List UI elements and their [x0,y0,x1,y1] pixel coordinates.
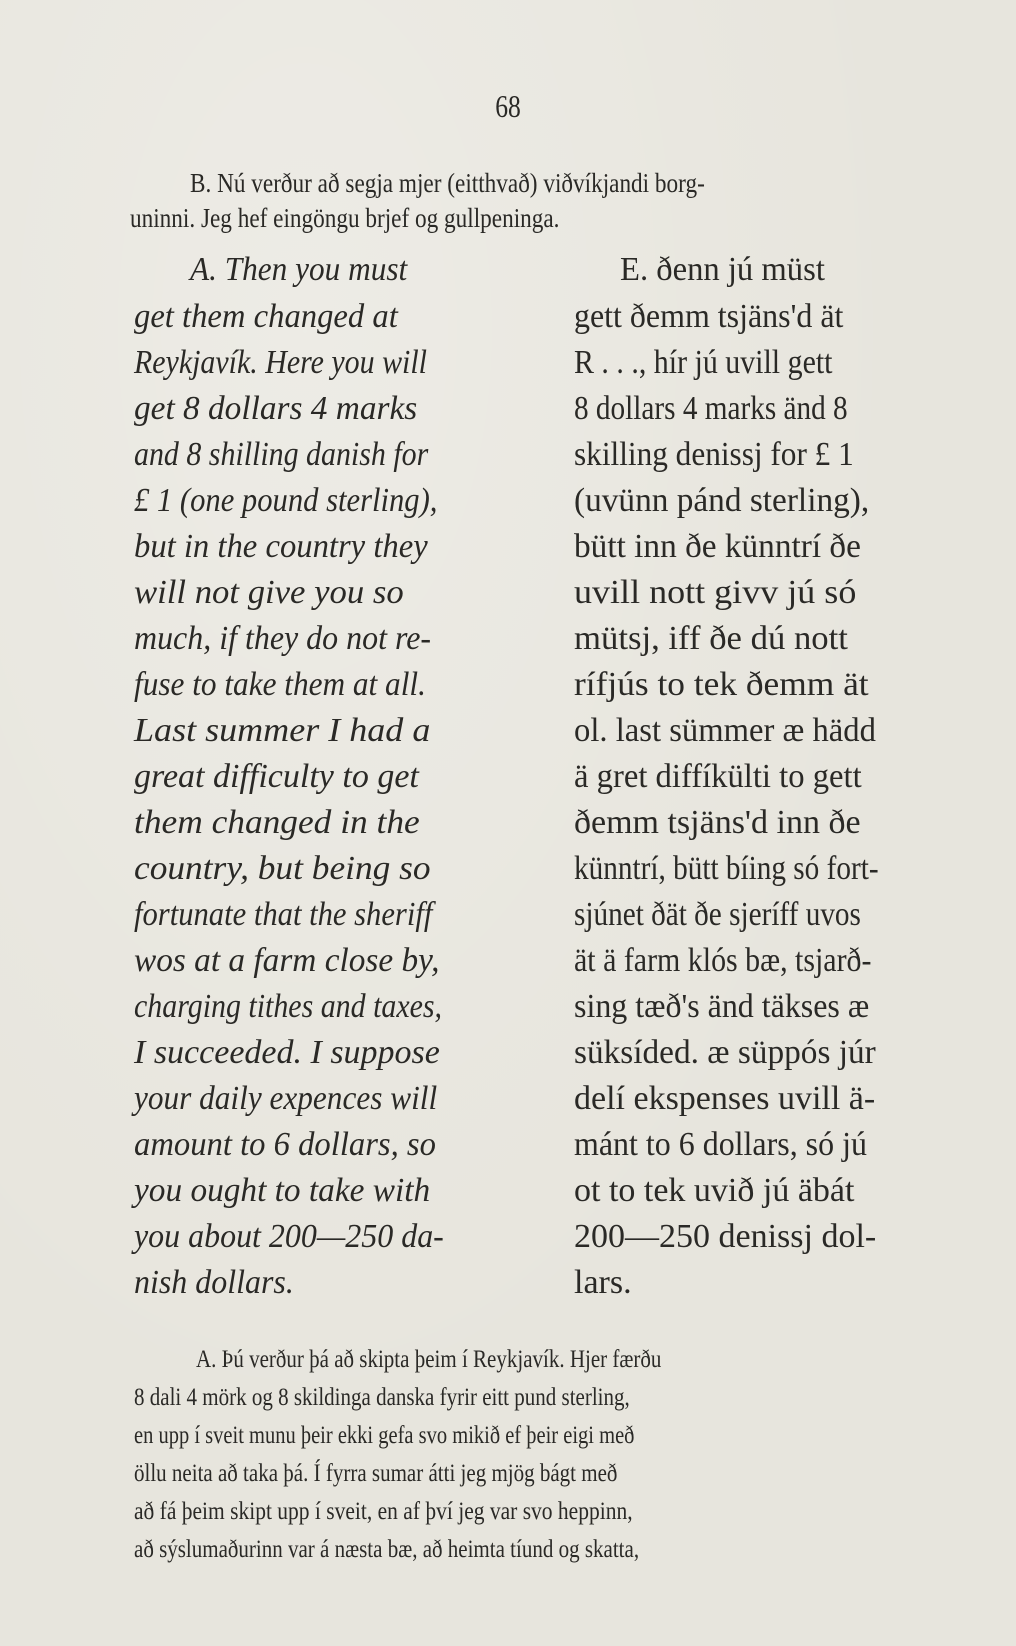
text-line: süksíded. æ süppós júr [574,1036,876,1070]
text-line: get 8 dollars 4 marks [134,392,417,426]
text-line: you ought to take with [134,1174,430,1208]
text-line: and 8 shilling danish for [134,438,428,472]
text-line: bütt inn ðe künntrí ðe [574,530,861,564]
text-line: mütsj, iff ðe dú nott [574,622,848,656]
text-line: uvill nott givv jú só [574,576,856,610]
text-line: nish dollars. [134,1266,294,1300]
text-line: rífjús to tek ðemm ät [574,668,869,702]
text-line: ol. last sümmer æ hädd [574,714,876,748]
text-line: £ 1 (one pound sterling), [134,484,437,518]
text-line: your daily expences will [134,1082,437,1116]
text-line: A. Þú verður þá að skipta þeim í Reykjav… [196,1347,661,1372]
text-line: great difficulty to get [134,760,419,794]
text-line: að fá þeim skipt upp í sveit, en af því … [134,1499,633,1524]
text-line: 8 dali 4 mörk og 8 skildinga danska fyri… [134,1385,630,1410]
text-line: R . . ., hír jú uvill gett [574,346,832,380]
text-line: öllu neita að taka þá. Í fyrra sumar átt… [134,1461,617,1486]
text-line: wos at a farm close by, [134,944,439,978]
text-line: E. ðenn jú müst [620,253,825,287]
text-line: get them changed at [134,300,398,334]
text-line: amount to 6 dollars, so [134,1128,436,1162]
text-line: fuse to take them at all. [134,668,426,702]
text-line: but in the country they [134,530,428,564]
text-line: ot to tek uvið jú äbát [574,1174,854,1208]
text-line: A. Then you must [190,253,407,287]
text-line: I succeeded. I suppose [134,1036,440,1070]
text-line: 200—250 denissj dol- [574,1220,876,1254]
text-line: ät ä farm klós bæ, tsjarð- [574,944,871,978]
text-line: you about 200—250 da- [134,1220,444,1254]
page-number: 68 [102,88,915,125]
text-line: sjúnet ðät ðe sjeríff uvos [574,898,861,932]
text-line: delí ekspenses uvill ä- [574,1082,875,1116]
text-line: Last summer I had a [134,714,430,748]
book-page: 68 B. Nú verður að segja mjer (eitthvað)… [0,0,1016,1646]
text-line: fortunate that the sheriff [134,898,432,932]
text-line: Reykjavík. Here you will [134,346,427,380]
text-line: country, but being so [134,852,431,886]
text-line: uninni. Jeg hef eingöngu brjef og gullpe… [130,205,559,232]
text-line: charging tithes and taxes, [134,990,442,1024]
text-line: sing tæð's änd täkses æ [574,990,869,1024]
text-line: en upp í sveit munu þeir ekki gefa svo m… [134,1423,634,1448]
text-line: B. Nú verður að segja mjer (eitthvað) vi… [190,170,705,197]
text-line: künntrí, bütt bíing só fort- [574,852,879,886]
text-line: að sýslumaðurinn var á næsta bæ, að heim… [134,1537,639,1562]
text-line: them changed in the [134,806,420,840]
text-line: much, if they do not re- [134,622,431,656]
text-line: gett ðemm tsjäns'd ät [574,300,843,334]
text-line: (uvünn pánd sterling), [574,484,869,518]
text-line: ðemm tsjäns'd inn ðe [574,806,861,840]
text-line: 8 dollars 4 marks änd 8 [574,392,848,426]
text-line: ä gret diffíkülti to gett [574,760,862,794]
text-line: mánt to 6 dollars, só jú [574,1128,867,1162]
text-line: skilling denissj for £ 1 [574,438,854,472]
text-line: lars. [574,1266,632,1300]
text-line: will not give you so [134,576,404,610]
